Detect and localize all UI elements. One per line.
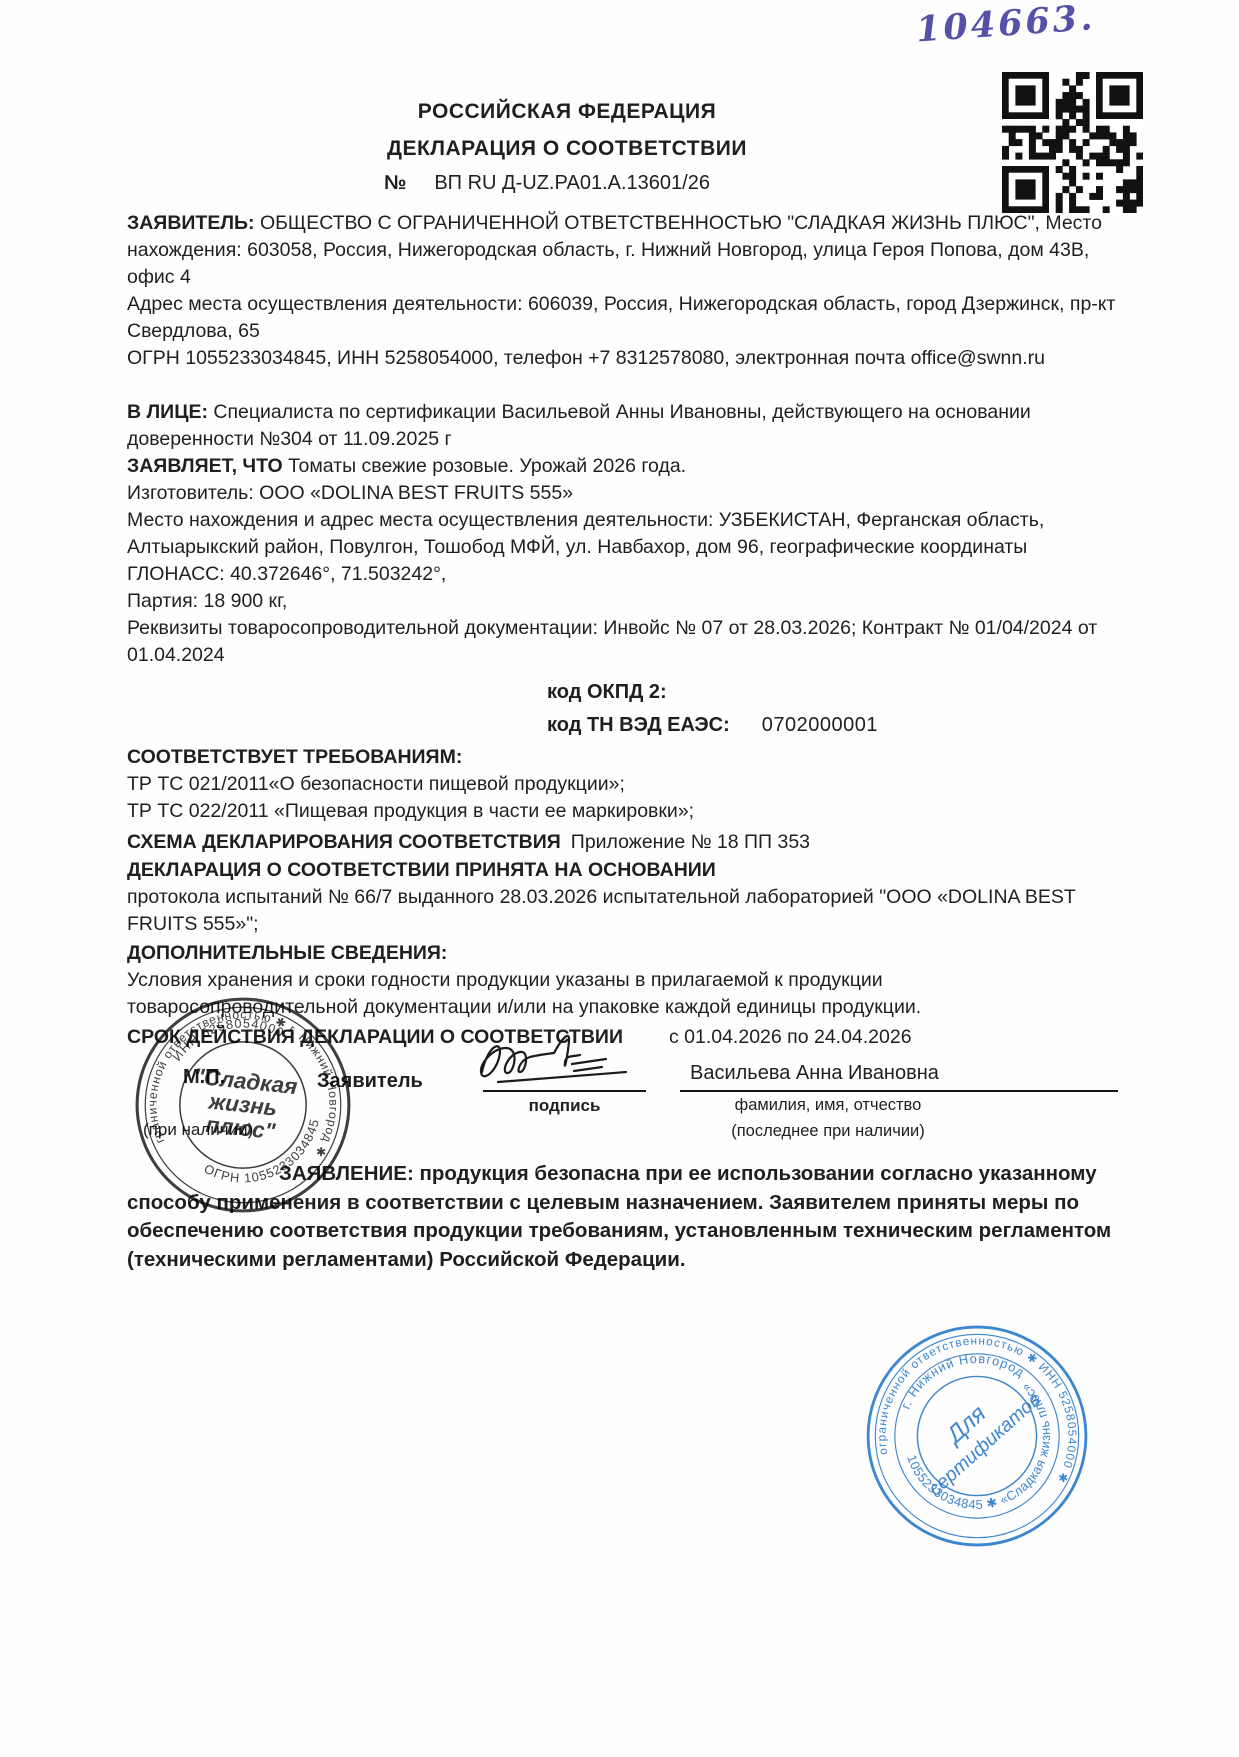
basis-label: ДЕКЛАРАЦИЯ О СООТВЕТСТВИИ ПРИНЯТА НА ОСН… [127,859,716,881]
manufacturer-line: Изготовитель: ООО «DOLINA BEST FRUITS 55… [127,480,1119,507]
tnved-label: код ТН ВЭД ЕАЭС: [547,714,730,736]
in-person-label: В ЛИЦЕ: [127,401,208,423]
name-underline [680,1090,1118,1092]
in-person-section: В ЛИЦЕ: Специалиста по сертификации Васи… [127,399,1119,453]
declares-label: ЗАЯВЛЯЕТ, ЧТО [127,455,283,477]
validity-dates: с 01.04.2026 по 24.04.2026 [669,1026,912,1048]
scheme-section: СХЕМА ДЕКЛАРИРОВАНИЯ СООТВЕТСТВИЯПриложе… [127,829,1119,856]
additional-label: ДОПОЛНИТЕЛЬНЫЕ СВЕДЕНИЯ: [127,942,447,964]
country-title: РОССИЙСКАЯ ФЕДЕРАЦИЯ [127,100,1007,124]
basis-section: ДЕКЛАРАЦИЯ О СООТВЕТСТВИИ ПРИНЯТА НА ОСН… [127,857,1119,938]
signer-name: Васильева Анна Ивановна [690,1062,939,1085]
okpd-label: код ОКПД 2: [547,681,667,703]
declares-section: ЗАЯВЛЯЕТ, ЧТО Томаты свежие розовые. Уро… [127,453,1119,669]
regulation-item: ТР ТС 022/2011 «Пищевая продукция в част… [127,798,1119,825]
name-caption-line2: (последнее при наличии) [678,1122,978,1141]
applicant-requisites: ОГРН 1055233034845, ИНН 5258054000, теле… [127,345,1119,372]
applicant-label: ЗАЯВИТЕЛЬ: [127,212,255,234]
declaration-number: ВП RU Д-UZ.РА01.А.13601/26 [434,172,710,194]
batch-line: Партия: 18 900 кг, [127,588,1119,615]
number-label: № [384,172,406,194]
shipping-documents-line: Реквизиты товаросопроводительной докумен… [127,615,1119,669]
declaration-document: 104663. РОССИЙСКАЯ ФЕДЕРАЦИЯ ДЕКЛАРАЦИЯ … [0,0,1239,1757]
header: РОССИЙСКАЯ ФЕДЕРАЦИЯ ДЕКЛАРАЦИЯ О СООТВЕ… [127,100,1007,161]
tnved-value: 0702000001 [762,714,878,736]
okpd-code-line: код ОКПД 2: [547,676,878,709]
compliance-label: СООТВЕТСТВУЕТ ТРЕБОВАНИЯМ: [127,746,462,768]
scheme-label: СХЕМА ДЕКЛАРИРОВАНИЯ СООТВЕТСТВИЯ [127,831,561,853]
handwritten-number: 104663. [915,0,1077,51]
qr-finder-top-right [1096,72,1143,119]
in-person-text: Специалиста по сертификации Васильевой А… [127,401,1031,450]
manufacturer-address: Место нахождения и адрес места осуществл… [127,507,1119,588]
declaration-number-line: №ВП RU Д-UZ.РА01.А.13601/26 [127,172,967,195]
regulation-item: ТР ТС 021/2011«О безопасности пищевой пр… [127,771,1119,798]
basis-text: протокола испытаний № 66/7 выданного 28.… [127,884,1119,938]
product-text: Томаты свежие розовые. Урожай 2026 года. [283,455,686,477]
applicant-section: ЗАЯВИТЕЛЬ: ОБЩЕСТВО С ОГРАНИЧЕННОЙ ОТВЕТ… [127,210,1119,372]
document-title: ДЕКЛАРАЦИЯ О СООТВЕТСТВИИ [127,137,1007,161]
signature-underline [483,1090,646,1092]
compliance-section: СООТВЕТСТВУЕТ ТРЕБОВАНИЯМ: ТР ТС 021/201… [127,744,1119,825]
qr-code [1002,72,1143,213]
qr-finder-top-left [1002,72,1049,119]
certification-stamp: Общество с ограниченной ответственностью… [864,1323,1090,1549]
applicant-activity-address: Адрес места осуществления деятельности: … [127,291,1119,345]
applicant-text: ОБЩЕСТВО С ОГРАНИЧЕННОЙ ОТВЕТСТВЕННОСТЬЮ… [127,212,1102,288]
tnved-code-line: код ТН ВЭД ЕАЭС:0702000001 [547,709,878,742]
codes-section: код ОКПД 2: код ТН ВЭД ЕАЭС:0702000001 [547,676,878,742]
qr-finder-bottom-left [1002,166,1049,213]
signature [468,1026,678,1096]
name-caption-line1: фамилия, имя, отчество [678,1096,978,1115]
scheme-value: Приложение № 18 ПП 353 [571,831,810,853]
signature-caption: подпись [483,1096,646,1116]
